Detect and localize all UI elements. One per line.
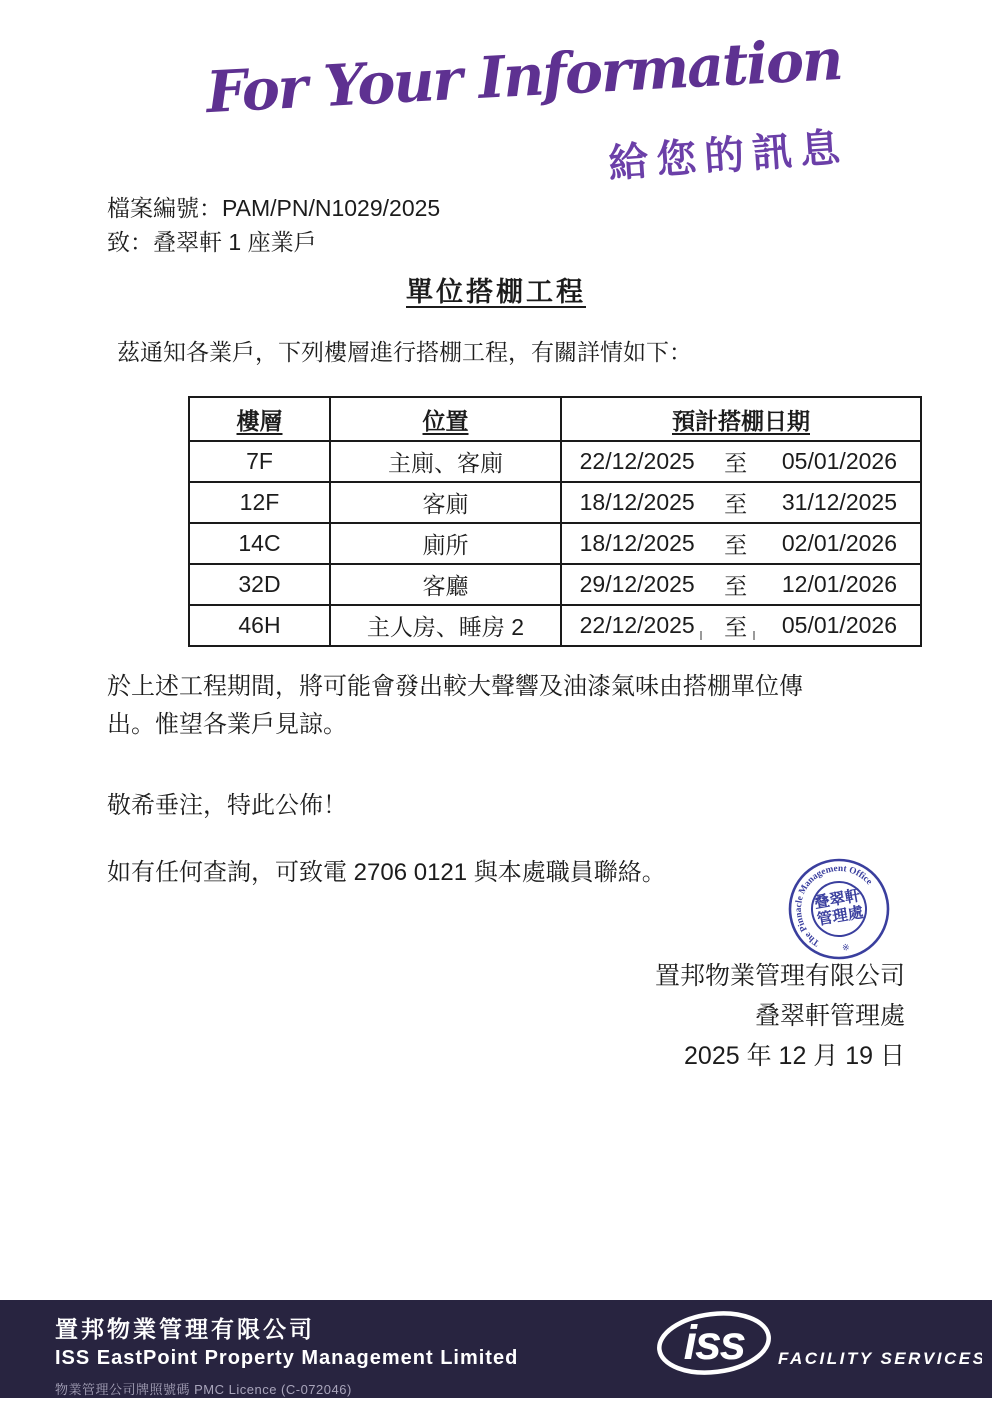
paragraph-line: 於上述工程期間，將可能會發出較大聲響及油漆氣味由搭棚單位傳 — [107, 668, 923, 706]
cell-location: 主人房、睡房 2 — [329, 606, 562, 645]
cell-date: 29/12/2025 至 12/01/2026 — [562, 565, 920, 604]
cell-floor: 46H — [190, 606, 329, 645]
table-row: 32D 客廳 29/12/2025 至 12/01/2026 — [190, 563, 920, 604]
footer-company-chinese: 置邦物業管理有限公司 — [55, 1311, 518, 1344]
table-row: 14C 廁所 18/12/2025 至 02/01/2026 — [190, 522, 920, 563]
table-row: 7F 主廁、客廁 22/12/2025 至 05/01/2026 — [190, 440, 920, 481]
date-start: 22/12/2025 — [562, 448, 712, 475]
footer-company-block: 置邦物業管理有限公司 ISS EastPoint Property Manage… — [55, 1311, 518, 1398]
cell-floor: 14C — [190, 524, 329, 563]
table-divider-stub — [753, 631, 755, 640]
cell-date: 22/12/2025 至 05/01/2026 — [562, 606, 920, 645]
header-floor: 樓層 — [190, 398, 329, 440]
date-end: 02/01/2026 — [759, 530, 920, 557]
cell-floor: 32D — [190, 565, 329, 604]
noise-notice-paragraph: 於上述工程期間，將可能會發出較大聲響及油漆氣味由搭棚單位傳 出。惟望各業戶見諒。 — [107, 668, 923, 744]
table-row: 46H 主人房、睡房 2 22/12/2025 至 05/01/2026 — [190, 604, 920, 645]
cell-date: 22/12/2025 至 05/01/2026 — [562, 442, 920, 481]
scaffolding-schedule-table: 樓層 位置 預計搭棚日期 7F 主廁、客廁 22/12/2025 至 05/01… — [188, 396, 922, 647]
letterhead-script-english: For Your Information — [205, 29, 788, 126]
iss-logo-text: iss — [684, 1317, 746, 1370]
date-end: 05/01/2026 — [759, 448, 920, 475]
date-to-word: 至 — [712, 609, 759, 642]
cell-location: 客廳 — [329, 565, 562, 604]
cell-date: 18/12/2025 至 02/01/2026 — [562, 524, 920, 563]
contact-prefix: 如有任何查詢，可致電 — [107, 859, 354, 886]
date-end: 12/01/2026 — [759, 571, 920, 598]
intro-paragraph: 茲通知各業戶，下列樓層進行搭棚工程，有關詳情如下： — [117, 334, 692, 367]
date-start: 18/12/2025 — [562, 530, 712, 557]
addressee-line: 致：叠翠軒 1 座業戶 — [107, 224, 317, 257]
date-to-word: 至 — [712, 486, 759, 519]
signoff-block: 置邦物業管理有限公司 叠翠軒管理處 2025 年 12 月 19 日 — [655, 956, 905, 1076]
header-floor-label: 樓層 — [237, 403, 283, 436]
cell-location: 廁所 — [329, 524, 562, 563]
cell-location: 主廁、客廁 — [329, 442, 562, 481]
date-start: 18/12/2025 — [562, 489, 712, 516]
stamp-bottom-mark: ※ — [841, 942, 850, 953]
header-date-label: 預計搭棚日期 — [672, 403, 810, 436]
letterhead-script-chinese: 給您的訊息 — [606, 116, 849, 190]
header-location-label: 位置 — [423, 403, 469, 436]
contact-suffix: 與本處職員聯絡。 — [467, 859, 666, 886]
date-to-word: 至 — [712, 568, 759, 601]
file-reference-line: 檔案編號：PAM/PN/N1029/2025 — [107, 190, 440, 223]
header-location: 位置 — [329, 398, 562, 440]
paragraph-line: 出。惟望各業戶見諒。 — [107, 706, 923, 744]
management-office-stamp: The Pinnacle Management Office 叠翠軒 管理處 ※ — [778, 848, 901, 971]
header-date: 預計搭棚日期 — [562, 398, 920, 440]
date-start: 29/12/2025 — [562, 571, 712, 598]
signoff-office: 叠翠軒管理處 — [655, 996, 905, 1036]
date-end: 31/12/2025 — [759, 489, 920, 516]
closing-remark-paragraph: 敬希垂注，特此公佈！ — [107, 785, 347, 820]
iss-logo-caption: FACILITY SERVICES — [778, 1349, 982, 1368]
signoff-company: 置邦物業管理有限公司 — [655, 956, 905, 996]
table-divider-stub — [700, 631, 702, 640]
table-header-row: 樓層 位置 預計搭棚日期 — [190, 398, 920, 440]
cell-location: 客廁 — [329, 483, 562, 522]
date-start: 22/12/2025 — [562, 612, 712, 639]
cell-date: 18/12/2025 至 31/12/2025 — [562, 483, 920, 522]
contact-phone-number: 2706 0121 — [354, 859, 467, 886]
cell-floor: 7F — [190, 442, 329, 481]
notice-title-row: 單位搭棚工程 — [0, 270, 992, 309]
table-row: 12F 客廁 18/12/2025 至 31/12/2025 — [190, 481, 920, 522]
footer-bar: 置邦物業管理有限公司 ISS EastPoint Property Manage… — [0, 1300, 992, 1398]
contact-paragraph: 如有任何查詢，可致電 2706 0121 與本處職員聯絡。 — [107, 852, 666, 887]
iss-logo: iss FACILITY SERVICES — [652, 1306, 982, 1386]
footer-company-english: ISS EastPoint Property Management Limite… — [55, 1347, 518, 1370]
notice-document: { "colors": { "accent_purple": "#5e3191"… — [0, 0, 992, 1403]
cell-floor: 12F — [190, 483, 329, 522]
date-to-word: 至 — [712, 445, 759, 478]
signoff-date: 2025 年 12 月 19 日 — [655, 1036, 905, 1076]
date-to-word: 至 — [712, 527, 759, 560]
date-end: 05/01/2026 — [759, 612, 920, 639]
footer-licence-text: 物業管理公司牌照號碼 PMC Licence (C-072046) — [55, 1379, 518, 1398]
notice-title: 單位搭棚工程 — [406, 277, 586, 307]
